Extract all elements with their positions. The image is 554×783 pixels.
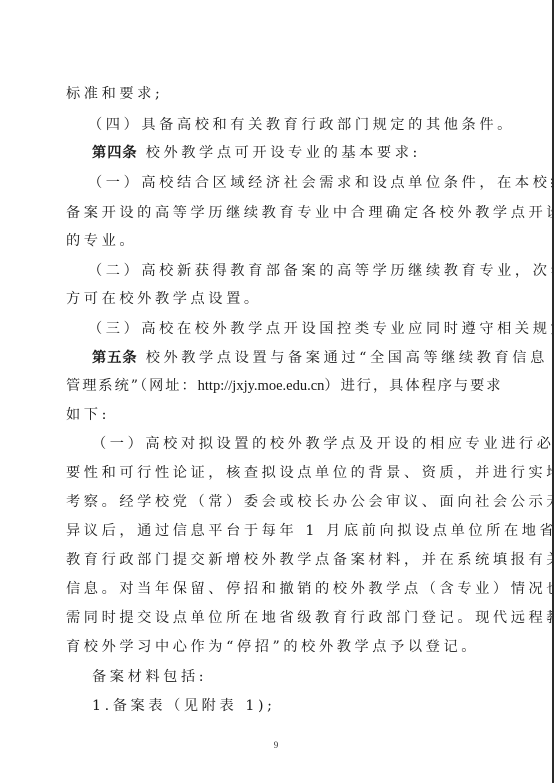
text-line: （三）高校在校外教学点开设国控类专业应同时遵守相关规定。 <box>88 318 512 340</box>
page-number: 9 <box>0 740 552 750</box>
text-line: 育校外学习中心作为“停招”的校外教学点予以登记。 <box>66 636 490 658</box>
text-line: 备案开设的高等学历继续教育专业中合理确定各校外教学点开设 <box>66 202 490 224</box>
text-line: （二）高校新获得教育部备案的高等学历继续教育专业，次年 <box>88 260 512 282</box>
text-line: 需同时提交设点单位所在地省级教育行政部门登记。现代远程教 <box>66 607 490 629</box>
article-number: 第四条 <box>92 145 138 161</box>
text-line: 管理系统”（网址：http://jxjy.moe.edu.cn）进行，具体程序与… <box>66 375 490 397</box>
text-line: 教育行政部门提交新增校外教学点备案材料，并在系统填报有关 <box>66 549 490 571</box>
text-line: 异议后，通过信息平台于每年 1 月底前向拟设点单位所在地省级 <box>66 520 490 542</box>
article-text: 校外教学点设置与备案通过“全国高等继续教育信息 <box>138 350 548 366</box>
text-line: 1.备案表（见附表 1); <box>92 695 516 717</box>
text-segment: 管理系统”（网址： <box>66 378 198 394</box>
text-line: 要性和可行性论证，核查拟设点单位的背景、资质，并进行实地 <box>66 462 490 484</box>
article-heading-4: 第四条 校外教学点可开设专业的基本要求: <box>92 142 516 164</box>
text-segment: ）进行，具体程序与要求 <box>324 378 502 394</box>
document-page: 标准和要求; （四）具备高校和有关教育行政部门规定的其他条件。 第四条 校外教学… <box>0 0 552 783</box>
text-line: 标准和要求; <box>66 83 490 105</box>
text-line: 的专业。 <box>66 230 490 252</box>
text-line: （四）具备高校和有关教育行政部门规定的其他条件。 <box>88 114 512 136</box>
article-number: 第五条 <box>92 350 138 366</box>
article-heading-5: 第五条 校外教学点设置与备案通过“全国高等继续教育信息 <box>92 347 516 369</box>
text-line: 方可在校外教学点设置。 <box>66 288 490 310</box>
website-url: http://jxjy.moe.edu.cn <box>198 378 325 394</box>
text-line: （一）高校结合区域经济社会需求和设点单位条件，在本校经 <box>88 172 512 194</box>
text-line: 备案材料包括: <box>92 666 516 688</box>
article-text: 校外教学点可开设专业的基本要求: <box>138 145 421 161</box>
text-line: 如下: <box>66 404 490 426</box>
text-line: 信息。对当年保留、停招和撤销的校外教学点（含专业）情况也 <box>66 578 490 600</box>
text-line: 考察。经学校党（常）委会或校长办公会审议、面向社会公示无 <box>66 491 490 513</box>
text-line: （一）高校对拟设置的校外教学点及开设的相应专业进行必 <box>92 433 516 455</box>
